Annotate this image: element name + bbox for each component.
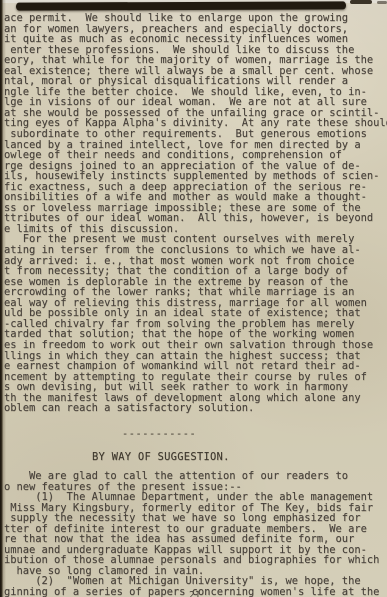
text-line: ace permit. We should like to enlarge up… [4, 13, 387, 24]
scanned-page: ace permit. We should like to enlarge up… [0, 0, 387, 597]
section-heading: BY WAY OF SUGGESTION. [92, 451, 230, 463]
scan-edge-top-bar [16, 1, 346, 10]
scan-mark-top-right [350, 0, 372, 4]
text-line: subordinate to other requirements. But g… [4, 129, 387, 140]
text-line: ating in terser from the conclusions to … [4, 245, 387, 256]
text-line: e earnest champion of womankind will not… [4, 361, 387, 372]
text-line: oblem can reach a satisfactory solution. [4, 403, 387, 414]
text-line: es in freedom to work out their own salv… [4, 340, 387, 351]
scan-mark-top-right-small [377, 1, 387, 4]
section-divider: ----------- [122, 428, 196, 440]
document-body-lower: We are glad to call the attention of our… [4, 471, 387, 597]
document-body-upper: ace permit. We should like to enlarge up… [4, 13, 387, 414]
page-number: 21 [189, 590, 200, 597]
text-line: We are glad to call the attention of our… [4, 471, 387, 482]
